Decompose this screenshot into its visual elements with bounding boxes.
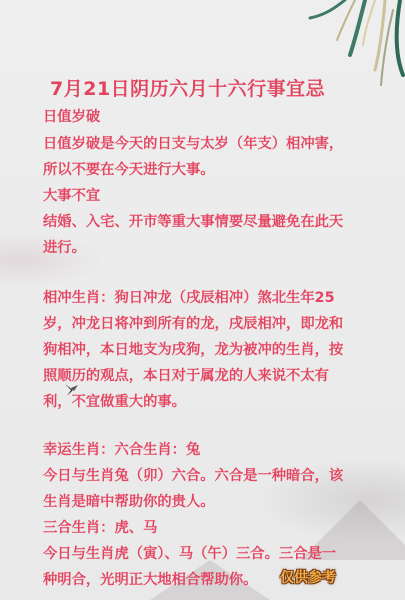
paragraph-line: 进行。 — [43, 238, 86, 258]
paragraph-line: 照顺历的观点，本日对于属龙的人来说不太有 — [43, 366, 329, 386]
paragraph-line: 生肖是暗中帮助你的贵人。 — [43, 492, 215, 512]
paragraph-line: 今日与生肖兔（卯）六合。六合是一种暗合，该 — [43, 466, 343, 486]
paragraph-line: 种明合，光明正大地相合帮助你。 — [43, 570, 257, 590]
paragraph-line: 结婚、入宅、开市等重大事情要尽量避免在此天 — [43, 212, 343, 232]
page-title: 7月21日阴历六月十六行事宜忌 — [50, 74, 370, 101]
paragraph-line: 日值岁破是今天的日支与太岁（年支）相冲害， — [43, 134, 343, 154]
paragraph-line: 岁，冲龙日将冲到所有的龙，戌辰相冲，即龙和 — [43, 314, 343, 334]
paragraph-line: 今日与生肖虎（寅）、马（午）三合。三合是一 — [43, 544, 336, 564]
paragraph-line: 相冲生肖：狗日冲龙（戌辰相冲）煞北生年25 — [43, 288, 335, 308]
section-heading-sanhe: 三合生肖：虎、马 — [43, 518, 157, 538]
section-heading-xingyun: 幸运生肖：六合生肖：兔 — [43, 440, 200, 460]
section-heading-suipo: 日值岁破 — [43, 107, 100, 127]
section-heading-dashi: 大事不宜 — [43, 186, 100, 206]
reference-only-badge: 仅供参考 — [280, 567, 336, 587]
paragraph-line: 狗相冲，本日地支为戌狗，龙为被冲的生肖，按 — [43, 340, 343, 360]
paragraph-line: 所以不要在今天进行大事。 — [43, 160, 215, 180]
swallow-icon — [63, 382, 79, 398]
